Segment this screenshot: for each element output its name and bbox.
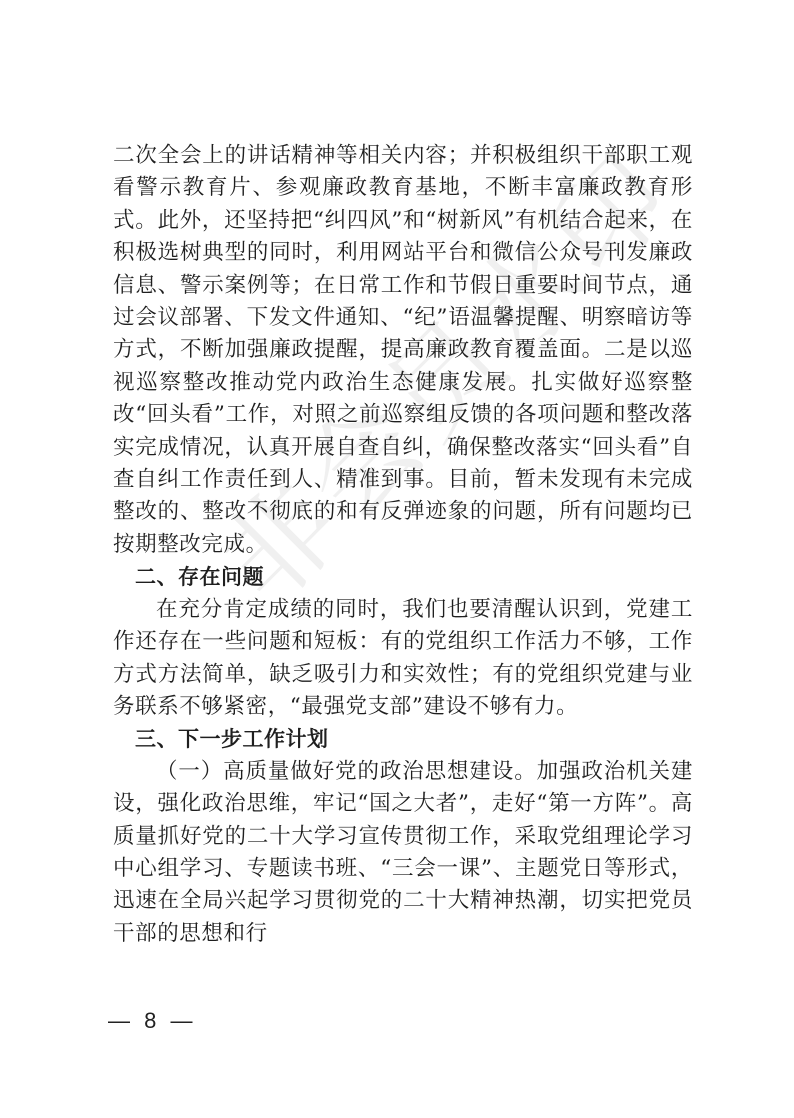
paragraph-continued: 二次全会上的讲话精神等相关内容；并积极组织干部职工观看警示教育片、参观廉政教育基… [113,140,693,561]
page-number: — 8 — [108,1008,196,1034]
section-heading-next-steps: 三、下一步工作计划 [113,723,693,755]
document-body: 二次全会上的讲话精神等相关内容；并积极组织干部职工观看警示教育片、参观廉政教育基… [113,140,693,950]
paragraph-problems: 在充分肯定成绩的同时，我们也要清醒认识到，党建工作还存在一些问题和短板：有的党组… [113,594,693,724]
paragraph-next-steps: （一）高质量做好党的政治思想建设。加强政治机关建设，强化政治思维，牢记“国之大者… [113,756,693,950]
section-heading-problems: 二、存在问题 [113,561,693,593]
document-page: 非会员水印 二次全会上的讲话精神等相关内容；并积极组织干部职工观看警示教育片、参… [0,0,794,1118]
